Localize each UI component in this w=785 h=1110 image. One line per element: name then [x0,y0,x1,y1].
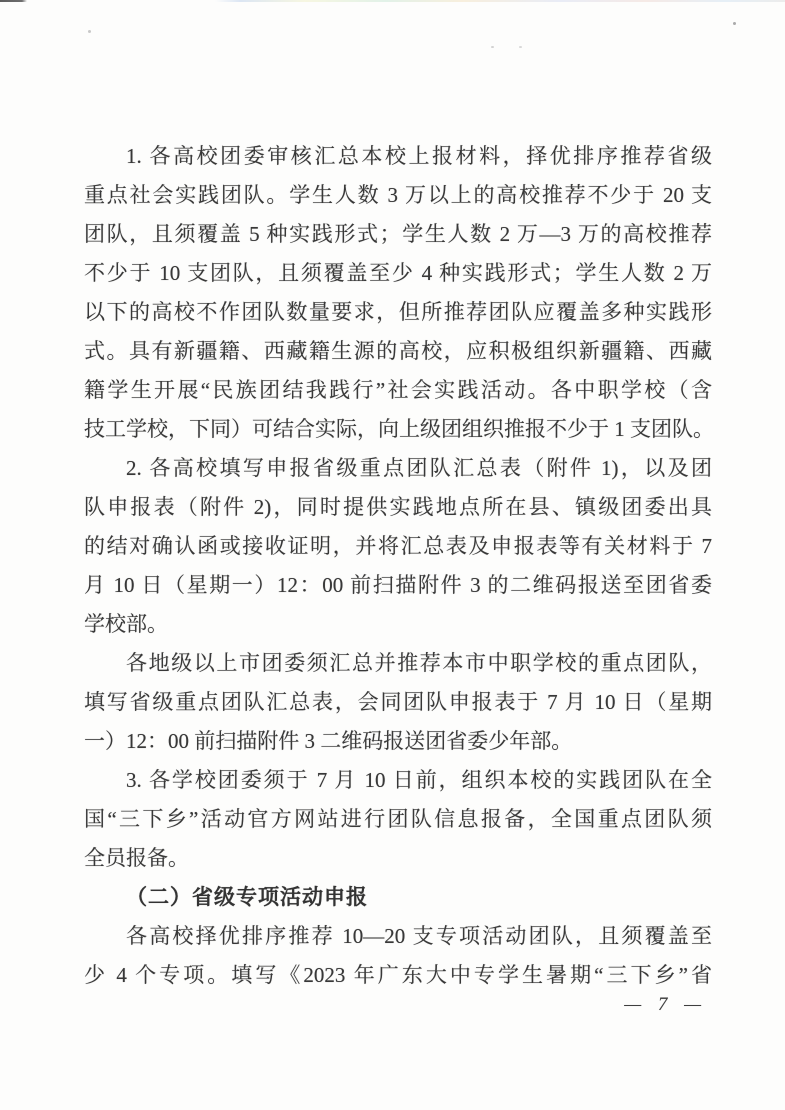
text-line: 国“三下乡”活动官方网站进行团队信息报备，全国重点团队须 [84,800,712,839]
text-line: 团队，且须覆盖 5 种实践形式；学生人数 2 万—3 万的高校推荐 [84,215,712,254]
text-line: 各地级以上市团委须汇总并推荐本市中职学校的重点团队， [84,644,712,683]
text-line: 籍学生开展“民族团结我践行”社会实践活动。各中职学校（含 [84,371,712,410]
paragraph-item-1: 1. 各高校团委审核汇总本校上报材料，择优排序推荐省级 重点社会实践团队。学生人… [84,137,712,449]
text-line: 技工学校，下同）可结合实际，向上级团组织推报不少于 1 支团队。 [84,410,712,449]
text-line: 式。具有新疆籍、西藏籍生源的高校，应积极组织新疆籍、西藏 [84,332,712,371]
section-heading-text: （二）省级专项活动申报 [84,878,712,917]
text-line: 学校部。 [84,605,712,644]
text-line: 以下的高校不作团队数量要求，但所推荐团队应覆盖多种实践形 [84,293,712,332]
scan-edge-artifact [0,0,785,2]
page-number: — 7 — [624,994,701,1016]
scan-speck [519,46,522,48]
text-line: 1. 各高校团委审核汇总本校上报材料，择优排序推荐省级 [84,137,712,176]
text-line: 2. 各高校填写申报省级重点团队汇总表（附件 1)，以及团 [84,449,712,488]
text-line: 填写省级重点团队汇总表，会同团队申报表于 7 月 10 日（星期 [84,683,712,722]
paragraph-special-projects: 各高校择优排序推荐 10—20 支专项活动团队，且须覆盖至 少 4 个专项。填写… [84,917,712,995]
text-line: 重点社会实践团队。学生人数 3 万以上的高校推荐不少于 20 支 [84,176,712,215]
text-line: 全员报备。 [84,839,712,878]
scan-speck [733,22,736,25]
paragraph-city-committee: 各地级以上市团委须汇总并推荐本市中职学校的重点团队， 填写省级重点团队汇总表，会… [84,644,712,761]
text-line: 3. 各学校团委须于 7 月 10 日前，组织本校的实践团队在全 [84,761,712,800]
text-line: 队申报表（附件 2)，同时提供实践地点所在县、镇级团委出具 [84,488,712,527]
scan-speck [88,30,91,33]
text-line: 各高校择优排序推荐 10—20 支专项活动团队，且须覆盖至 [84,917,712,956]
text-line: 不少于 10 支团队，且须覆盖至少 4 种实践形式；学生人数 2 万 [84,254,712,293]
paragraph-item-2: 2. 各高校填写申报省级重点团队汇总表（附件 1)，以及团 队申报表（附件 2)… [84,449,712,644]
document-page: 1. 各高校团委审核汇总本校上报材料，择优排序推荐省级 重点社会实践团队。学生人… [0,0,785,1110]
document-body: 1. 各高校团委审核汇总本校上报材料，择优排序推荐省级 重点社会实践团队。学生人… [84,137,712,995]
text-line: 月 10 日（星期一）12：00 前扫描附件 3 的二维码报送至团省委 [84,566,712,605]
text-line: 的结对确认函或接收证明，并将汇总表及申报表等有关材料于 7 [84,527,712,566]
scan-speck [491,46,494,48]
text-line: 一）12：00 前扫描附件 3 二维码报送团省委少年部。 [84,722,712,761]
text-line: 少 4 个专项。填写《2023 年广东大中专学生暑期“三下乡”省 [84,956,712,995]
paragraph-item-3: 3. 各学校团委须于 7 月 10 日前，组织本校的实践团队在全 国“三下乡”活… [84,761,712,878]
section-heading: （二）省级专项活动申报 [84,878,712,917]
